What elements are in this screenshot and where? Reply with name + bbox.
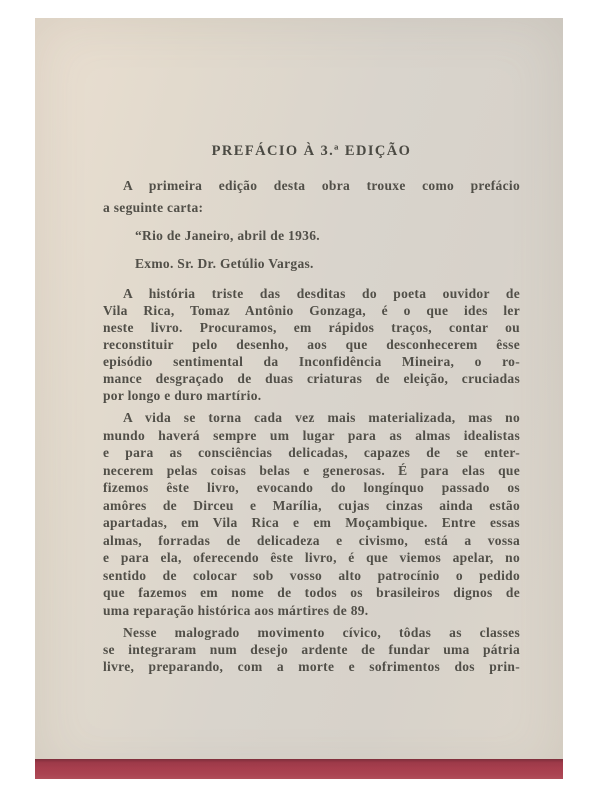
paragraph-intro: A primeira edição desta obra trouxe como… [103,175,520,219]
letter-salutation-line: Exmo. Sr. Dr. Getúlio Vargas. [103,255,520,273]
text-line: mance desgraçado de duas criaturas de el… [103,370,520,387]
text-line: fizemos êste livro, evocando do longínqu… [103,479,520,497]
text-line: A primeira edição desta obra trouxe como… [103,175,520,197]
text-line: a seguinte carta: [103,197,520,219]
paragraph-nesse: Nesse malogrado movimento cívico, tôdas … [103,624,520,675]
text-line: episódio sentimental da Inconfidência Mi… [103,353,520,370]
page-text-block: PREFÁCIO À 3.ª EDIÇÃO A primeira edição … [103,18,520,759]
text-line: reconstituir pelo desenho, aos que desco… [103,336,520,353]
text-line: livre, preparando, com a morte e sofrime… [103,658,520,675]
letter-date-line: “Rio de Janeiro, abril de 1936. [103,227,520,245]
paragraph-historia: A história triste das desditas do poeta … [103,285,520,404]
text-line: necerem pelas coisas belas e generosas. … [103,462,520,480]
paragraph-vida: A vida se torna cada vez mais materializ… [103,409,520,619]
text-line: Nesse malogrado movimento cívico, tôdas … [103,624,520,641]
book-page-photo: PREFÁCIO À 3.ª EDIÇÃO A primeira edição … [35,18,563,779]
text-line: A história triste das desditas do poeta … [103,285,520,302]
text-line: almas, forradas de delicadeza e civismo,… [103,532,520,550]
text-line: apartadas, em Vila Rica e em Moçambique.… [103,514,520,532]
text-line: mundo haverá sempre um lugar para as alm… [103,427,520,445]
text-line: e para as consciências delicadas, capaze… [103,444,520,462]
text-line: sentido de colocar sob vosso alto patroc… [103,567,520,585]
text-line: e para ela, oferecendo êste livro, é que… [103,549,520,567]
table-surface-red-band [35,759,563,779]
text-line: por longo e duro martírio. [103,387,520,404]
text-line: amôres de Dirceu e Marília, cujas cinzas… [103,497,520,515]
text-line: uma reparação histórica aos mártires de … [103,602,520,620]
text-line: neste livro. Procuramos, em rápidos traç… [103,319,520,336]
page-title: PREFÁCIO À 3.ª EDIÇÃO [103,142,520,160]
text-line: que fazemos em nome de todos os brasilei… [103,584,520,602]
text-line: A vida se torna cada vez mais materializ… [103,409,520,427]
text-line: se integraram num desejo ardente de fund… [103,641,520,658]
text-line: Vila Rica, Tomaz Antônio Gonzaga, é o qu… [103,302,520,319]
